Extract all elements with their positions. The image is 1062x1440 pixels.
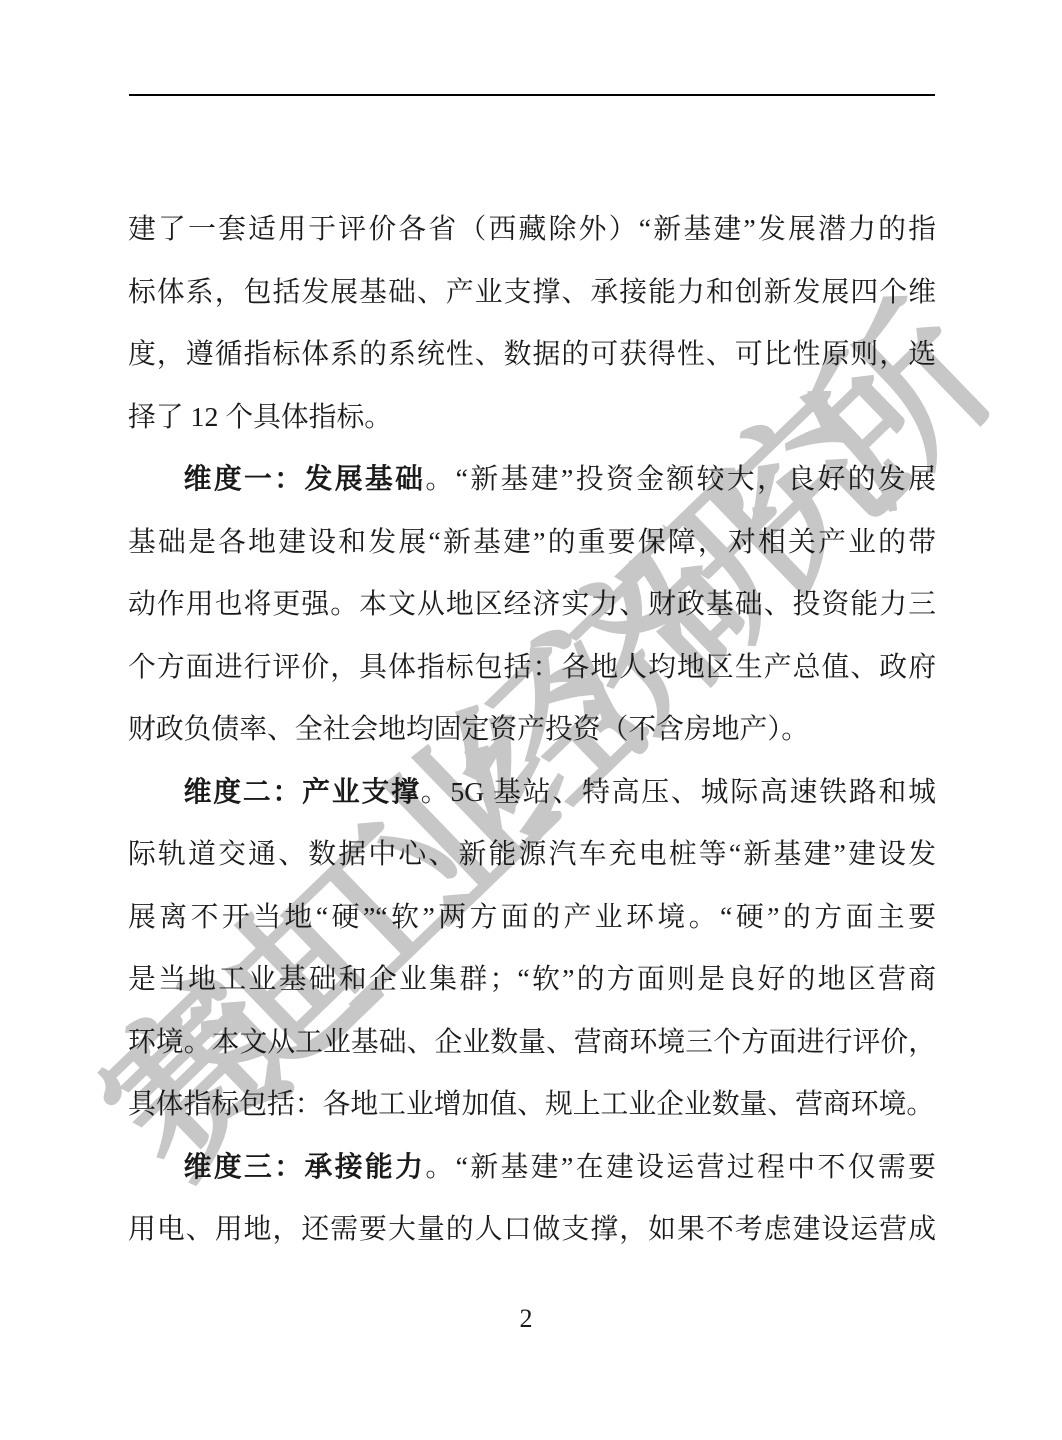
text-line: 维度三：承接能力。“新基建”在建设运营过程中不仅需要 [128, 1137, 936, 1200]
paragraph: 建了一套适用于评价各省（西藏除外）“新基建”发展潜力的指标体系，包括发展基础、产… [128, 199, 936, 449]
text-segment: 是当地工业基础和企业集群；“软”的方面则是良好的地区营商 [128, 964, 936, 995]
text-line: 建了一套适用于评价各省（西藏除外）“新基建”发展潜力的指 [128, 199, 936, 262]
paragraph: 维度一：发展基础。“新基建”投资金额较大，良好的发展基础是各地建设和发展“新基建… [128, 449, 936, 762]
text-segment: 动作用也将更强。本文从地区经济实力、财政基础、投资能力三 [128, 589, 936, 620]
text-segment: 具体指标包括：各地工业增加值、规上工业企业数量、营商环境。 [128, 1089, 934, 1120]
text-line: 财政负债率、全社会地均固定资产投资（不含房地产）。 [128, 699, 936, 762]
text-segment: 展离不开当地“硬”“软”两方面的产业环境。“硬”的方面主要 [128, 902, 936, 933]
dimension-heading: 维度一：发展基础 [184, 464, 426, 495]
text-line: 择了 12 个具体指标。 [128, 387, 936, 450]
text-line: 用电、用地，还需要大量的人口做支撑，如果不考虑建设运营成 [128, 1199, 936, 1262]
text-line: 标体系，包括发展基础、产业支撑、承接能力和创新发展四个维 [128, 262, 936, 325]
text-segment: 个方面进行评价，具体指标包括：各地人均地区生产总值、政府 [128, 652, 936, 683]
text-line: 际轨道交通、数据中心、新能源汽车充电桩等“新基建”建设发 [128, 824, 936, 887]
paragraph: 维度三：承接能力。“新基建”在建设运营过程中不仅需要用电、用地，还需要大量的人口… [128, 1137, 936, 1262]
text-segment: 用电、用地，还需要大量的人口做支撑，如果不考虑建设运营成 [128, 1214, 936, 1245]
text-line: 维度一：发展基础。“新基建”投资金额较大，良好的发展 [128, 449, 936, 512]
header-rule [129, 94, 935, 96]
dimension-heading: 维度二：产业支撑 [184, 777, 421, 808]
text-line: 度，遵循指标体系的系统性、数据的可获得性、可比性原则，选 [128, 324, 936, 387]
text-line: 基础是各地建设和发展“新基建”的重要保障，对相关产业的带 [128, 512, 936, 575]
text-line: 展离不开当地“硬”“软”两方面的产业环境。“硬”的方面主要 [128, 887, 936, 950]
page-number: 2 [0, 1304, 1052, 1334]
text-segment: 环境。本文从工业基础、企业数量、营商环境三个方面进行评价， [128, 1027, 936, 1058]
text-line: 维度二：产业支撑。5G 基站、特高压、城际高速铁路和城 [128, 762, 936, 825]
document-page: 赛迪工业经济研究所 建了一套适用于评价各省（西藏除外）“新基建”发展潜力的指标体… [0, 0, 1062, 1440]
dimension-heading: 维度三：承接能力 [184, 1152, 426, 1183]
text-segment: 。5G 基站、特高压、城际高速铁路和城 [421, 777, 936, 808]
text-line: 是当地工业基础和企业集群；“软”的方面则是良好的地区营商 [128, 949, 936, 1012]
text-segment: 财政负债率、全社会地均固定资产投资（不含房地产）。 [128, 714, 809, 745]
text-segment: 标体系，包括发展基础、产业支撑、承接能力和创新发展四个维 [128, 277, 936, 308]
text-line: 动作用也将更强。本文从地区经济实力、财政基础、投资能力三 [128, 574, 936, 637]
text-line: 具体指标包括：各地工业增加值、规上工业企业数量、营商环境。 [128, 1074, 936, 1137]
text-segment: 。“新基建”投资金额较大，良好的发展 [425, 464, 936, 495]
text-segment: 择了 12 个具体指标。 [128, 402, 392, 433]
text-segment: 度，遵循指标体系的系统性、数据的可获得性、可比性原则，选 [128, 339, 936, 370]
text-segment: 际轨道交通、数据中心、新能源汽车充电桩等“新基建”建设发 [128, 839, 936, 870]
text-line: 环境。本文从工业基础、企业数量、营商环境三个方面进行评价， [128, 1012, 936, 1075]
text-segment: 。“新基建”在建设运营过程中不仅需要 [425, 1152, 936, 1183]
text-segment: 建了一套适用于评价各省（西藏除外）“新基建”发展潜力的指 [128, 214, 936, 245]
text-segment: 基础是各地建设和发展“新基建”的重要保障，对相关产业的带 [128, 527, 936, 558]
paragraph: 维度二：产业支撑。5G 基站、特高压、城际高速铁路和城际轨道交通、数据中心、新能… [128, 762, 936, 1137]
document-body: 建了一套适用于评价各省（西藏除外）“新基建”发展潜力的指标体系，包括发展基础、产… [128, 199, 936, 1262]
text-line: 个方面进行评价，具体指标包括：各地人均地区生产总值、政府 [128, 637, 936, 700]
